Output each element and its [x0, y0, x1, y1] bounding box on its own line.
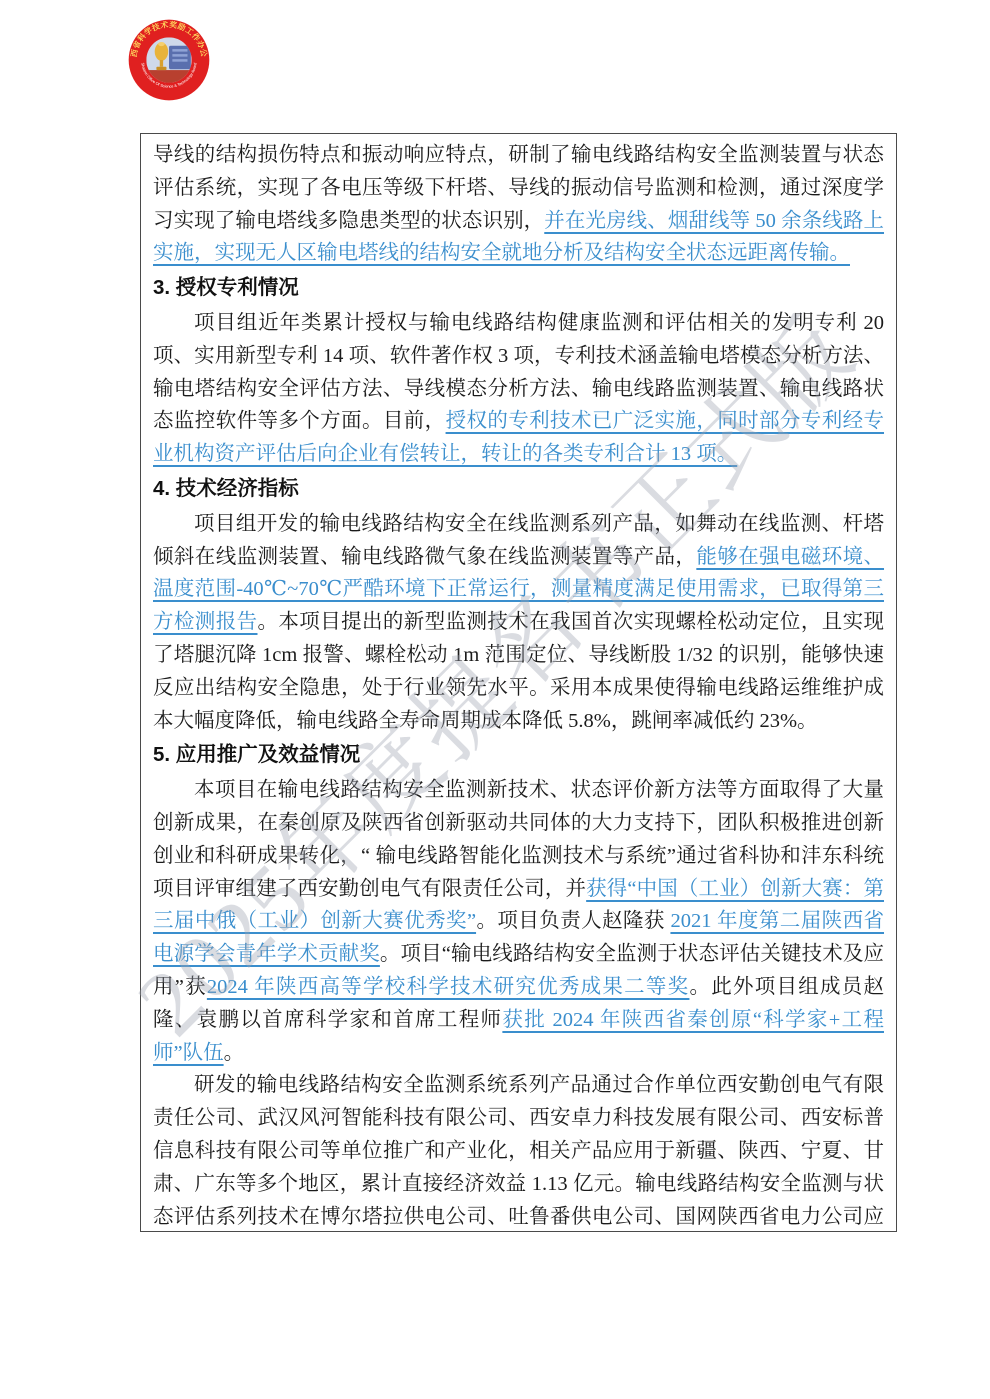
text-run: 研发的输电线路结构安全监测系统系列产品通过合作单位西安勤创电气有限责任公司、武汉…: [153, 1074, 884, 1232]
section-heading: 5. 应用推广及效益情况: [153, 739, 884, 772]
emphasized-text-run: 2024 年陕西高等学校科学技术研究优秀成果二等奖: [207, 976, 690, 998]
paragraph: 本项目在输电线路结构安全监测新技术、状态评价新方法等方面取得了大量创新成果，在秦…: [153, 774, 884, 1069]
paragraph: 项目组开发的输电线路结构安全在线监测系列产品，如舞动在线监测、杆塔倾斜在线监测装…: [153, 508, 884, 738]
seal-inner-picture: [146, 37, 191, 82]
document-body: 导线的结构损伤特点和振动响应特点，研制了输电线路结构安全监测装置与状态评估系统，…: [153, 139, 884, 1232]
paragraph: 研发的输电线路结构安全监测系统系列产品通过合作单位西安勤创电气有限责任公司、武汉…: [153, 1069, 884, 1232]
text-run: 。本项目提出的新型监测技术在我国首次实现螺栓松动定位，且实现了塔腿沉降 1cm …: [153, 611, 884, 731]
text-run: 。项目负责人赵隆获: [476, 910, 670, 932]
section-heading: 4. 技术经济指标: [153, 473, 884, 506]
document-content-cell: 导线的结构损伤特点和振动响应特点，研制了输电线路结构安全监测装置与状态评估系统，…: [140, 133, 897, 1232]
section-heading: 3. 授权专利情况: [153, 272, 884, 305]
paragraph: 项目组近年类累计授权与输电线路结构健康监测和评估相关的发明专利 20 项、实用新…: [153, 307, 884, 471]
organization-seal-logo: 陕西省科学技术奖励工作办公室 Shaanxi Office Of Science…: [127, 18, 211, 102]
paragraph: 导线的结构损伤特点和振动响应特点，研制了输电线路结构安全监测装置与状态评估系统，…: [153, 139, 884, 270]
seal-icon: 陕西省科学技术奖励工作办公室 Shaanxi Office Of Science…: [127, 18, 211, 102]
text-run: 。: [224, 1042, 245, 1064]
